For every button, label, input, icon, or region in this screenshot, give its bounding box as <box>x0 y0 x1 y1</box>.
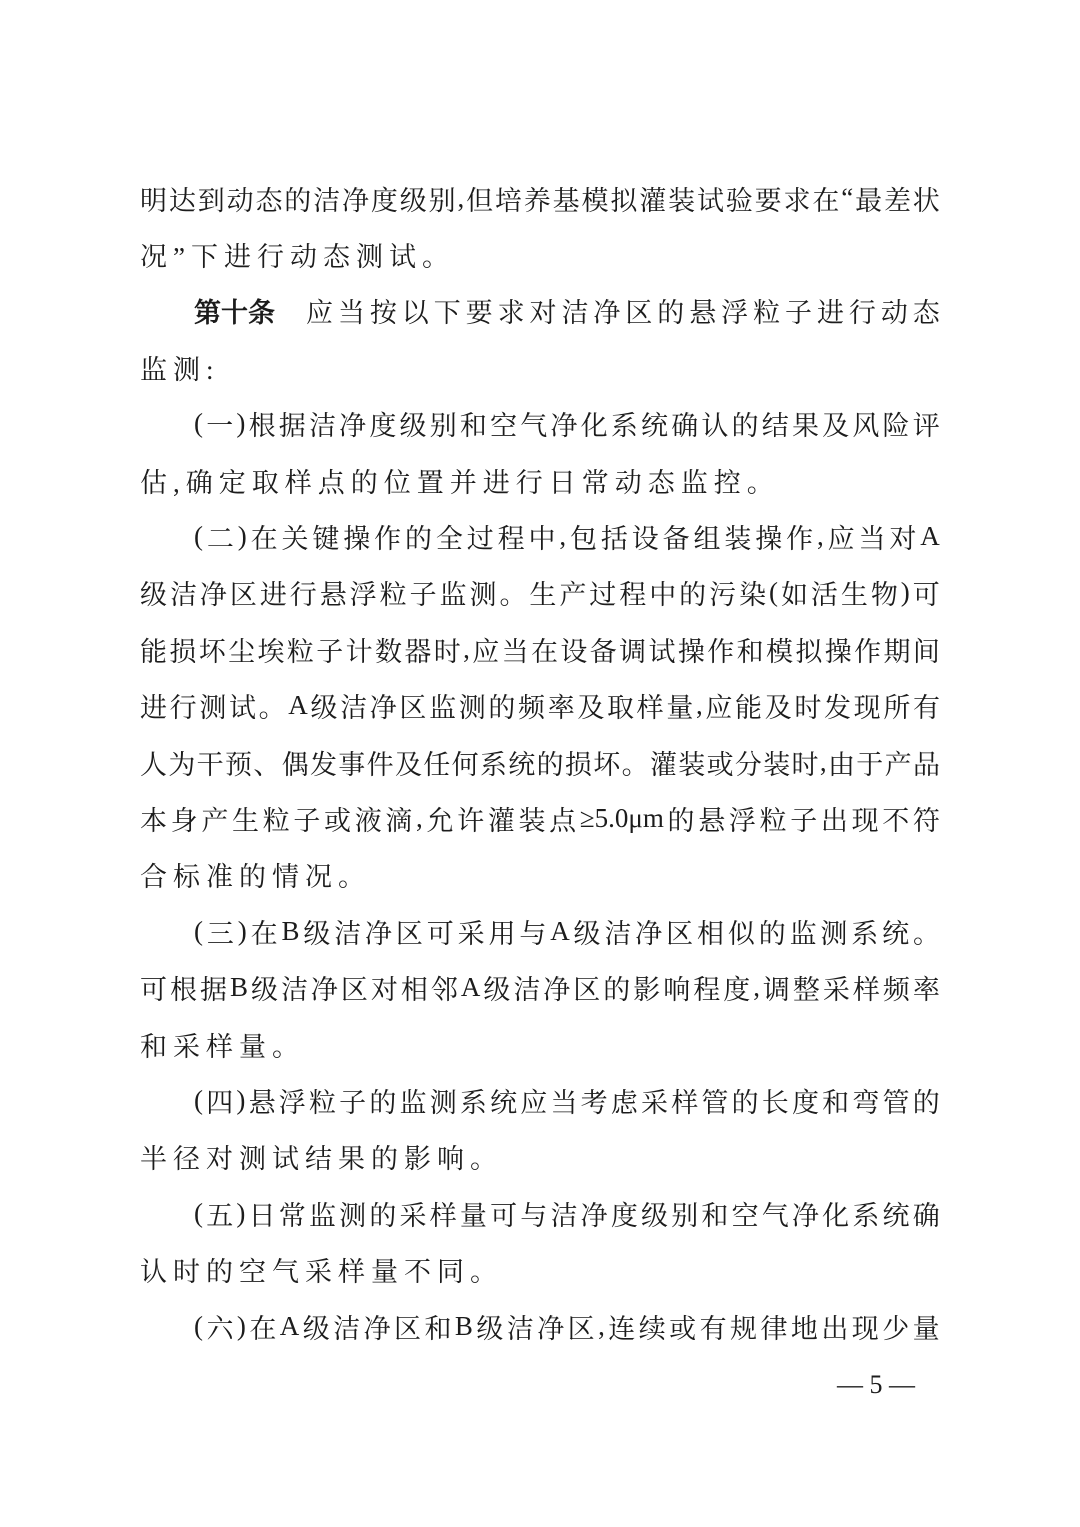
text-char: 到 <box>198 179 225 218</box>
text-char: 进 <box>260 573 287 612</box>
text-char: 坏 <box>593 743 620 782</box>
text-char: 浮 <box>279 1081 306 1120</box>
text-char: 净 <box>581 1194 608 1233</box>
text-line: (二)在关键操作的全过程中,包括设备组装操作,应当对A <box>140 508 940 564</box>
text-char: 区 <box>573 968 600 1007</box>
text-run: 估,确定取样点的位置并进行日常动态监控。 <box>140 461 780 500</box>
text-char: 区 <box>230 573 257 612</box>
text-char: 应 <box>306 291 333 330</box>
text-char: 事 <box>338 743 365 782</box>
text-char: 量 <box>460 1194 487 1233</box>
text-char: 净 <box>537 1307 564 1346</box>
text-char: 能 <box>735 686 762 725</box>
text-char: 和 <box>460 404 487 443</box>
text-line: 况”下进行动态测试。 <box>140 226 940 282</box>
text-char: 样 <box>671 1081 698 1120</box>
text-char: 空 <box>490 404 517 443</box>
text-char: 常 <box>279 1194 306 1233</box>
text-line: (五)日常监测的采样量可与洁净度级别和空气净化系统确 <box>140 1185 940 1241</box>
text-char: 区 <box>625 291 652 330</box>
text-char: 率 <box>913 968 940 1007</box>
text-char: 装 <box>678 743 705 782</box>
text-char: 对 <box>530 291 557 330</box>
text-line: (六)在A级洁净区和B级洁净区,连续或有规律地出现少量 <box>140 1298 940 1354</box>
text-char: 洁 <box>507 1307 534 1346</box>
text-char: 可 <box>140 968 167 1007</box>
text-char: 生 <box>232 799 259 838</box>
text-char: 整 <box>793 968 820 1007</box>
text-char: 作 <box>707 630 734 669</box>
text-char: 灌 <box>639 179 666 218</box>
text-line: 能损坏尘埃粒子计数器时,应当在设备调试操作和模拟操作期间 <box>140 621 940 677</box>
text-char: 操 <box>755 517 782 556</box>
text-char: 如 <box>781 573 808 612</box>
text-line: 级洁净区进行悬浮粒子监测。生产过程中的污染(如活生物)可 <box>140 565 940 621</box>
text-char: 最 <box>855 179 882 218</box>
text-char: 程 <box>693 968 720 1007</box>
text-char: 净 <box>792 1194 819 1233</box>
text-char: 出 <box>821 1307 848 1346</box>
text-line: 第十条应当按以下要求对洁净区的悬浮粒子进行动态 <box>140 283 940 339</box>
text-char: 系 <box>611 404 638 443</box>
text-char: 洁 <box>561 291 588 330</box>
text-char: 险 <box>883 404 910 443</box>
text-char: 出 <box>821 799 848 838</box>
text-char: 和 <box>737 630 764 669</box>
text-char: 洁 <box>550 1194 577 1233</box>
text-char: , <box>457 183 464 214</box>
text-char: 装 <box>518 799 545 838</box>
text-char: ) <box>236 408 245 439</box>
text-char: 区 <box>394 1307 421 1346</box>
text-char: 测 <box>820 912 847 951</box>
text-char: 样 <box>637 686 664 725</box>
text-char: 洁 <box>604 912 631 951</box>
text-char: 。 <box>259 686 286 725</box>
text-char: 响 <box>663 968 690 1007</box>
text-char: 区 <box>399 686 426 725</box>
text-char: 系 <box>851 912 878 951</box>
text-char: 产 <box>201 799 228 838</box>
text-char: 净 <box>635 912 662 951</box>
text-char: 发 <box>310 743 337 782</box>
text-char: 可 <box>427 912 454 951</box>
text-char: 当 <box>550 1081 577 1120</box>
text-char: 净 <box>365 912 392 951</box>
text-char: 别 <box>429 179 456 218</box>
text-char: 行 <box>170 686 197 725</box>
text-char: 污 <box>709 573 736 612</box>
text-char: “ <box>841 183 853 214</box>
text-char: 浮 <box>729 799 756 838</box>
text-char: 器 <box>404 630 431 669</box>
text-char: 净 <box>550 404 577 443</box>
text-char: 粒 <box>309 1081 336 1120</box>
text-char: 度 <box>611 1194 638 1233</box>
text-char: 损 <box>169 630 196 669</box>
text-char: , <box>598 1311 605 1342</box>
text-char: 数 <box>375 630 402 669</box>
text-char: 程 <box>498 517 525 556</box>
text-run: 监测: <box>140 348 220 387</box>
text-char: 的 <box>657 291 684 330</box>
text-char: 系 <box>852 1194 879 1233</box>
text-char: 括 <box>601 517 628 556</box>
text-char: B <box>455 1311 473 1342</box>
text-char: 管 <box>701 1081 728 1120</box>
text-char: ( <box>194 408 203 439</box>
text-char: 。 <box>499 573 526 612</box>
text-char: 操 <box>343 517 370 556</box>
text-char: 测 <box>339 1194 366 1233</box>
text-char: ) <box>236 1198 245 1229</box>
text-char: 在 <box>251 517 278 556</box>
text-char: 长 <box>762 1081 789 1120</box>
text-char: 区 <box>341 968 368 1007</box>
text-char: 空 <box>732 1194 759 1233</box>
text-char: , <box>559 521 566 552</box>
text-char: A <box>461 972 481 1003</box>
text-char: 系 <box>480 743 507 782</box>
text-char: 级 <box>140 573 167 612</box>
text-char: 调 <box>619 630 646 669</box>
text-char: 液 <box>355 799 382 838</box>
text-char: 时 <box>434 630 461 669</box>
text-char: 净 <box>593 291 620 330</box>
text-char: 试 <box>229 686 256 725</box>
text-char: 养 <box>524 179 551 218</box>
text-char: 或 <box>707 743 734 782</box>
text-char: 区 <box>568 1307 595 1346</box>
text-char: 损 <box>565 743 592 782</box>
text-char: 件 <box>367 743 394 782</box>
text-char: 的 <box>369 1081 396 1120</box>
text-char: 要 <box>466 291 493 330</box>
text-char: 装 <box>668 179 695 218</box>
text-char: 子 <box>293 799 320 838</box>
text-char: 净 <box>543 968 570 1007</box>
text-char: 度 <box>369 404 396 443</box>
text-char: 量 <box>666 686 693 725</box>
text-char: 洁 <box>313 179 340 218</box>
text-char: 产 <box>559 573 586 612</box>
text-char: 包 <box>570 517 597 556</box>
text-char: , <box>416 803 423 834</box>
text-char: 点 <box>549 799 576 838</box>
text-char: 分 <box>735 743 762 782</box>
text-char: 采 <box>823 968 850 1007</box>
text-char: 洁 <box>281 968 308 1007</box>
text-char: ( <box>194 1085 203 1116</box>
text-char: 测 <box>459 686 486 725</box>
text-char: 洁 <box>334 912 361 951</box>
text-char: 对 <box>889 517 916 556</box>
text-char: 级 <box>483 968 510 1007</box>
text-char: 身 <box>171 799 198 838</box>
text-char: 动 <box>227 179 254 218</box>
text-char: ( <box>194 916 203 947</box>
text-char: 过 <box>589 573 616 612</box>
text-char: 符 <box>913 799 940 838</box>
text-char: 粒 <box>263 799 290 838</box>
text-char: 级 <box>400 179 427 218</box>
text-char: 级 <box>251 968 278 1007</box>
text-line: 和采样量。 <box>140 1016 940 1072</box>
text-char: 要 <box>755 179 782 218</box>
text-char: 与 <box>519 912 546 951</box>
text-char: 装 <box>724 517 751 556</box>
text-char: 测 <box>199 686 226 725</box>
text-char: 测 <box>430 1081 457 1120</box>
text-char: 悬 <box>320 573 347 612</box>
text-char: 净 <box>311 968 338 1007</box>
text-char: 连 <box>608 1307 635 1346</box>
text-char: 明 <box>140 179 167 218</box>
text-char: 进 <box>140 686 167 725</box>
text-char: 灌 <box>488 799 515 838</box>
text-char: 洁 <box>333 1307 360 1346</box>
text-line: 可根据B级洁净区对相邻A级洁净区的影响程度,调整采样频率 <box>140 959 940 1015</box>
text-char: 进 <box>817 291 844 330</box>
text-char: 发 <box>824 686 851 725</box>
text-char: 统 <box>490 1081 517 1120</box>
text-line: 认时的空气采样量不同。 <box>140 1241 940 1297</box>
text-char: ) <box>238 916 247 947</box>
text-char: 操 <box>678 630 705 669</box>
text-char: 统 <box>641 404 668 443</box>
text-char: 一 <box>206 404 233 443</box>
text-char: 备 <box>663 517 690 556</box>
text-char: 作 <box>786 517 813 556</box>
text-char: 浮 <box>350 573 377 612</box>
text-run: 和采样量。 <box>140 1025 305 1064</box>
text-char: 活 <box>811 573 838 612</box>
text-char: 尘 <box>228 630 255 669</box>
text-char: 验 <box>726 179 753 218</box>
text-char: 统 <box>508 743 535 782</box>
text-char: 干 <box>197 743 224 782</box>
text-char: 度 <box>723 968 750 1007</box>
text-char: 态 <box>913 291 940 330</box>
text-char: 子 <box>339 1081 366 1120</box>
text-char: 的 <box>732 404 759 443</box>
text-char: 现 <box>852 799 879 838</box>
text-char: 二 <box>207 517 234 556</box>
text-char: 悬 <box>249 1081 276 1120</box>
text-char: 样 <box>430 1194 457 1233</box>
text-char: 不 <box>882 799 909 838</box>
text-char: 净 <box>370 686 397 725</box>
text-char: , <box>696 690 703 721</box>
text-char: 能 <box>140 630 167 669</box>
text-char: 生 <box>841 573 868 612</box>
text-char: 级 <box>574 912 601 951</box>
text-line: 人为干预、偶发事件及任何系统的损坏。灌装或分装时,由于产品 <box>140 734 940 790</box>
text-char: 当 <box>338 291 365 330</box>
text-char: 取 <box>607 686 634 725</box>
document-page: 明达到动态的洁净度级别,但培养基模拟灌装试验要求在“最差状况”下进行动态测试。第… <box>0 0 1080 1527</box>
text-char: 子 <box>316 630 343 669</box>
text-char: 子 <box>790 799 817 838</box>
text-char: 模 <box>766 630 793 669</box>
text-char: 悬 <box>689 291 716 330</box>
text-char: 现 <box>854 686 881 725</box>
text-char: 当 <box>502 630 529 669</box>
text-char: 级 <box>476 1307 503 1346</box>
text-char: ) <box>238 521 247 552</box>
text-char: 的 <box>732 1081 759 1120</box>
text-run: 况”下进行动态测试。 <box>140 235 455 274</box>
text-char: 采 <box>458 912 485 951</box>
text-char: 的 <box>759 912 786 951</box>
text-char: A <box>920 521 940 552</box>
text-char: 弯 <box>852 1081 879 1120</box>
text-char: 区 <box>666 912 693 951</box>
text-char: 采 <box>641 1081 668 1120</box>
text-char: 区 <box>396 912 423 951</box>
text-char: 动 <box>881 291 908 330</box>
text-char: 级 <box>641 1194 668 1233</box>
page-number: — 5 — <box>837 1370 915 1400</box>
text-char: 日 <box>249 1194 276 1233</box>
text-char: 拟 <box>610 179 637 218</box>
text-char: 用 <box>488 912 515 951</box>
text-char: 在 <box>812 179 839 218</box>
text-char: ( <box>194 521 203 552</box>
text-char: 任 <box>423 743 450 782</box>
text-char: 、 <box>253 743 280 782</box>
text-char: 监 <box>790 912 817 951</box>
text-char: 及 <box>765 686 792 725</box>
text-char: 化 <box>581 404 608 443</box>
text-char: 的 <box>284 179 311 218</box>
text-char: ≥5.0μm <box>580 803 664 834</box>
text-char: 操 <box>825 630 852 669</box>
text-char: 净 <box>200 573 227 612</box>
text-char: 粒 <box>753 291 780 330</box>
text-char: 浮 <box>721 291 748 330</box>
text-char: 的 <box>405 517 432 556</box>
text-char: 别 <box>430 404 457 443</box>
text-char: 洁 <box>513 968 540 1007</box>
text-char: 作 <box>854 630 881 669</box>
text-char: 五 <box>206 1194 233 1233</box>
text-char: 由 <box>828 743 855 782</box>
text-char: 当 <box>859 517 886 556</box>
text-char: 坏 <box>199 630 226 669</box>
text-char: 监 <box>400 1081 427 1120</box>
text-char: 求 <box>784 179 811 218</box>
text-char: 应 <box>828 517 855 556</box>
text-char: 态 <box>255 179 282 218</box>
text-char: 。 <box>622 743 649 782</box>
text-char: 监 <box>309 1194 336 1233</box>
text-char: 及 <box>577 686 604 725</box>
text-char: 品 <box>913 743 940 782</box>
text-char: , <box>820 747 827 778</box>
text-char: A <box>550 916 570 947</box>
text-char: 净 <box>364 1307 391 1346</box>
text-char: 埃 <box>258 630 285 669</box>
text-char: , <box>463 634 470 665</box>
text-line: 明达到动态的洁净度级别,但培养基模拟灌装试验要求在“最差状 <box>140 170 940 226</box>
text-char: 期 <box>884 630 911 669</box>
text-line: (三)在B级洁净区可采用与A级洁净区相似的监测系统。 <box>140 903 940 959</box>
text-char: 级 <box>400 404 427 443</box>
text-char: 率 <box>548 686 575 725</box>
text-char: 的 <box>603 968 630 1007</box>
text-char: 求 <box>498 291 525 330</box>
text-char: 气 <box>762 1194 789 1233</box>
text-char: 与 <box>520 1194 547 1233</box>
text-char: 培 <box>495 179 522 218</box>
text-char: 染 <box>739 573 766 612</box>
text-char: 应 <box>520 1081 547 1120</box>
text-char: 组 <box>694 517 721 556</box>
text-char: 关 <box>282 517 309 556</box>
text-char: 六 <box>206 1307 233 1346</box>
text-char: 允 <box>426 799 453 838</box>
text-char: 据 <box>279 404 306 443</box>
text-char: 量 <box>913 1307 940 1346</box>
text-char: 地 <box>791 1307 818 1346</box>
text-char: 或 <box>324 799 351 838</box>
text-char: 应 <box>472 630 499 669</box>
text-char: 行 <box>290 573 317 612</box>
text-char: 可 <box>490 1194 517 1233</box>
text-char: 所 <box>883 686 910 725</box>
text-char: 影 <box>633 968 660 1007</box>
text-char: 级 <box>303 912 330 951</box>
text-char: 风 <box>852 404 879 443</box>
text-char: ( <box>194 1198 203 1229</box>
text-char: 间 <box>913 630 940 669</box>
text-char: A <box>288 690 308 721</box>
text-char: 中 <box>529 517 556 556</box>
text-char: 滴 <box>385 799 412 838</box>
text-char: 模 <box>582 179 609 218</box>
text-char: ( <box>769 577 778 608</box>
text-line: 估,确定取样点的位置并进行日常动态监控。 <box>140 452 940 508</box>
text-char: 物 <box>871 573 898 612</box>
text-char: 三 <box>207 912 234 951</box>
text-char: 和 <box>701 1194 728 1233</box>
text-char: 根 <box>170 968 197 1007</box>
text-char: 在 <box>531 630 558 669</box>
text-char: 应 <box>705 686 732 725</box>
text-line: 半径对测试结果的影响。 <box>140 1129 940 1185</box>
text-char: 统 <box>882 912 909 951</box>
text-run: 合标准的情况。 <box>140 855 371 894</box>
text-char: 为 <box>168 743 195 782</box>
text-line: 合标准的情况。 <box>140 847 940 903</box>
text-char: 评 <box>913 404 940 443</box>
text-char: ) <box>236 1085 245 1116</box>
text-char: 气 <box>520 404 547 443</box>
text-char: 样 <box>853 968 880 1007</box>
text-char: 结 <box>762 404 789 443</box>
text-char: 洁 <box>309 404 336 443</box>
text-char: 采 <box>400 1194 427 1233</box>
text-char: 化 <box>822 1194 849 1233</box>
text-char: 根 <box>249 404 276 443</box>
text-char: 下 <box>434 291 461 330</box>
text-char: 试 <box>697 179 724 218</box>
text-char: 虑 <box>611 1081 638 1120</box>
text-char: 子 <box>785 291 812 330</box>
article-number: 第十条 <box>194 291 275 330</box>
text-char: 全 <box>436 517 463 556</box>
